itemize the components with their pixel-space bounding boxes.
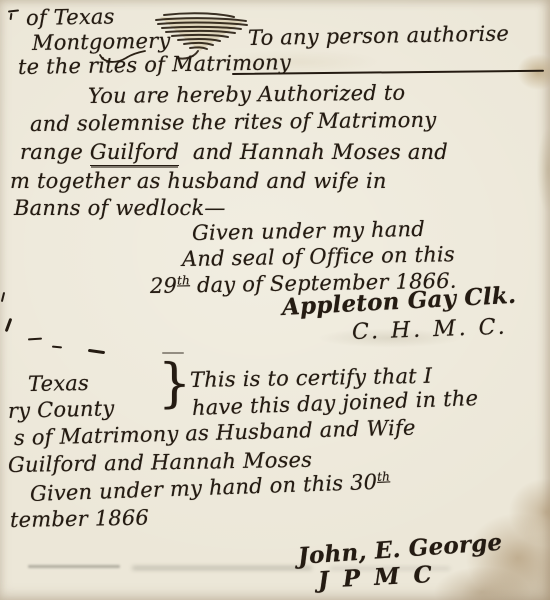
authorize-line-1: You are hereby Authorized to (88, 81, 406, 108)
date-ordinal: th (177, 273, 190, 287)
brace: } (158, 354, 191, 414)
ink-speck (52, 346, 62, 349)
given-ordinal: th (377, 469, 390, 483)
state-line: of Texas (26, 4, 115, 30)
certificate-county: ry County (8, 396, 115, 423)
ink-speck (1, 292, 5, 302)
ink-speck (8, 9, 19, 12)
authorize-line-2: and solemnise the rites of Matrimony (30, 108, 437, 136)
given-line-2: And seal of Office on this (182, 242, 455, 271)
scan-shadow (28, 565, 120, 568)
ink-speck (10, 13, 13, 20)
certificate-state: Texas (28, 371, 89, 396)
join-line: m together as husband and wife in (10, 169, 387, 193)
certify-line: This is to certify that I (190, 364, 433, 392)
scan-shadow (132, 566, 312, 570)
clerk-title: C. H. M. C. (352, 315, 509, 345)
ink-speck (28, 338, 42, 341)
addressee-line: To any person authorise (248, 21, 509, 50)
given-line-1: Given under my hand (192, 217, 425, 245)
ink-speck (5, 318, 13, 332)
names-line: range Guilford and Hannah Moses and (20, 140, 448, 164)
names-prefix: range (20, 140, 83, 164)
couple-names-line: Guilford and Hannah Moses (8, 448, 313, 477)
ink-speck (88, 349, 105, 354)
officiant-title: J P M C (317, 561, 435, 594)
scanned-marriage-record-page: of Texas Montgomery To any person author… (0, 0, 550, 600)
banns-line: Banns of wedlock— (14, 196, 226, 220)
names-suffix: and Hannah Moses and (193, 140, 448, 164)
date-day: 29 (150, 274, 178, 298)
month-line: tember 1866 (10, 506, 149, 532)
groom-name: Guilford (90, 140, 179, 166)
